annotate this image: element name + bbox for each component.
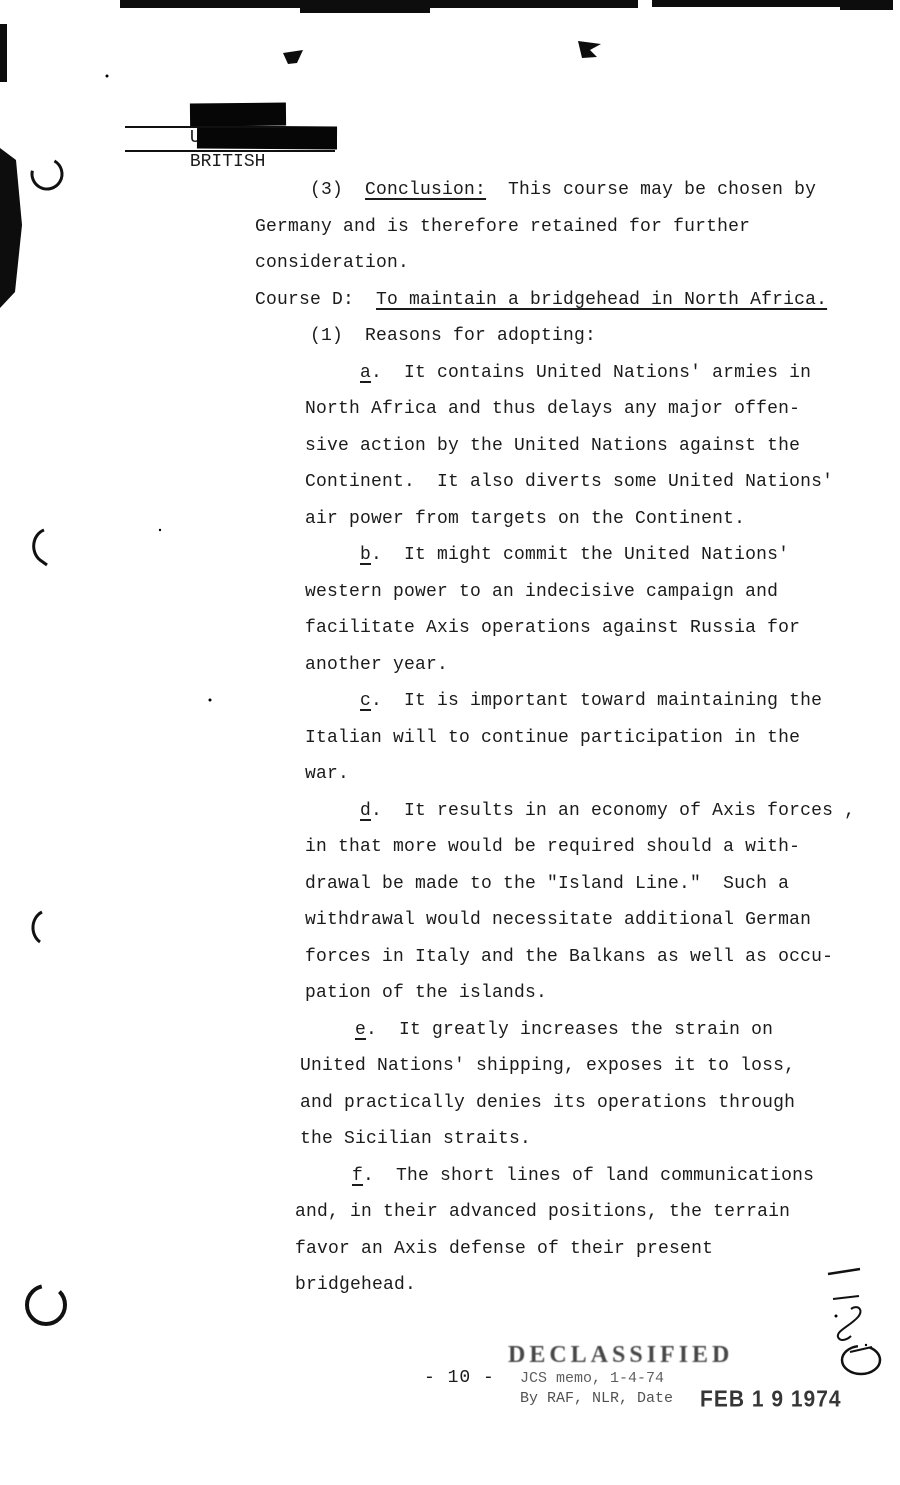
handwriting-tick bbox=[850, 1347, 872, 1352]
text-line: facilitate Axis operations against Russi… bbox=[255, 610, 875, 647]
text-line: Continent. It also diverts some United N… bbox=[255, 464, 875, 501]
underlined-text: f bbox=[352, 1166, 363, 1186]
binder-ring-mark bbox=[19, 1278, 73, 1332]
text-line: air power from targets on the Continent. bbox=[255, 501, 875, 538]
binder-ring-mark bbox=[34, 530, 47, 565]
text-line: Course D: To maintain a bridgehead in No… bbox=[255, 282, 875, 319]
scan-edge-line bbox=[652, 0, 893, 7]
stamp-title: DECLASSIFIED bbox=[508, 1342, 733, 1369]
underlined-text: c bbox=[360, 691, 371, 711]
text-line: another year. bbox=[255, 647, 875, 684]
redaction-bar bbox=[190, 102, 286, 126]
text-segment: air power from targets on the Continent. bbox=[305, 509, 745, 529]
underline-rule bbox=[125, 126, 285, 128]
text-line: (1) Reasons for adopting: bbox=[255, 318, 875, 355]
staple-mark bbox=[283, 50, 303, 64]
text-segment: (3) bbox=[310, 180, 365, 200]
text-segment: United Nations' shipping, exposes it to … bbox=[300, 1056, 795, 1076]
text-segment: (1) Reasons for adopting: bbox=[310, 326, 596, 346]
text-segment: North Africa and thus delays any major o… bbox=[305, 399, 800, 419]
text-segment: Italian will to continue participation i… bbox=[305, 728, 800, 748]
speck bbox=[159, 529, 161, 531]
text-segment: in that more would be required should a … bbox=[305, 837, 800, 857]
text-line: North Africa and thus delays any major o… bbox=[255, 391, 875, 428]
speck bbox=[209, 699, 212, 702]
staple-mark bbox=[578, 41, 601, 58]
text-line: Italian will to continue participation i… bbox=[255, 720, 875, 757]
underlined-text: b bbox=[360, 545, 371, 565]
scan-edge-blob bbox=[0, 24, 7, 82]
british-classification-label: BRITISH bbox=[190, 152, 266, 172]
text-segment: . It results in an economy of Axis force… bbox=[371, 801, 855, 821]
handwriting-squiggle bbox=[838, 1307, 861, 1340]
text-line: forces in Italy and the Balkans as well … bbox=[255, 939, 875, 976]
text-line: (3) Conclusion: This course may be chose… bbox=[255, 172, 875, 209]
underlined-text: Conclusion: bbox=[365, 180, 486, 200]
scan-edge-blob bbox=[0, 148, 22, 308]
text-line: c. It is important toward maintaining th… bbox=[255, 683, 875, 720]
text-segment: and practically denies its operations th… bbox=[300, 1093, 795, 1113]
text-segment: war. bbox=[305, 764, 349, 784]
document-page: U. S. BRITISH (3) Conclusion: This cours… bbox=[0, 0, 900, 1485]
text-line: United Nations' shipping, exposes it to … bbox=[255, 1048, 875, 1085]
underlined-text: a bbox=[360, 363, 371, 383]
text-segment: Germany and is therefore retained for fu… bbox=[255, 217, 750, 237]
text-segment: the Sicilian straits. bbox=[300, 1129, 531, 1149]
redaction-bar bbox=[275, 134, 337, 149]
document-lines: (3) Conclusion: This course may be chose… bbox=[255, 172, 875, 1304]
text-line: the Sicilian straits. bbox=[255, 1121, 875, 1158]
text-line: bridgehead. bbox=[255, 1267, 875, 1304]
classification-row-british: BRITISH bbox=[125, 126, 265, 150]
text-line: withdrawal would necessitate additional … bbox=[255, 902, 875, 939]
text-segment: . It is important toward maintaining the bbox=[371, 691, 822, 711]
text-line: consideration. bbox=[255, 245, 875, 282]
text-segment: bridgehead. bbox=[295, 1275, 416, 1295]
text-line: e. It greatly increases the strain on bbox=[255, 1012, 875, 1049]
binder-ring-mark bbox=[33, 912, 42, 942]
scan-edge-line bbox=[120, 0, 638, 8]
scan-edge-line bbox=[840, 0, 893, 10]
text-segment: . It greatly increases the strain on bbox=[366, 1020, 773, 1040]
speck bbox=[106, 75, 109, 78]
text-segment: withdrawal would necessitate additional … bbox=[305, 910, 811, 930]
text-line: in that more would be required should a … bbox=[255, 829, 875, 866]
text-line: a. It contains United Nations' armies in bbox=[255, 355, 875, 392]
text-line: drawal be made to the "Island Line." Suc… bbox=[255, 866, 875, 903]
text-segment: . It might commit the United Nations' bbox=[371, 545, 789, 565]
text-segment: This course may be chosen by bbox=[486, 180, 816, 200]
text-line: d. It results in an economy of Axis forc… bbox=[255, 793, 875, 830]
handwriting-circle bbox=[842, 1346, 880, 1374]
handwriting-dot bbox=[835, 1315, 838, 1318]
text-segment: facilitate Axis operations against Russi… bbox=[305, 618, 800, 638]
text-line: war. bbox=[255, 756, 875, 793]
text-segment: . The short lines of land communications bbox=[363, 1166, 814, 1186]
text-line: and practically denies its operations th… bbox=[255, 1085, 875, 1122]
text-segment: another year. bbox=[305, 655, 448, 675]
text-segment: favor an Axis defense of their present bbox=[295, 1239, 713, 1259]
text-segment: Continent. It also diverts some United N… bbox=[305, 472, 833, 492]
text-segment: . It contains United Nations' armies in bbox=[371, 363, 811, 383]
text-segment: western power to an indecisive campaign … bbox=[305, 582, 778, 602]
text-segment: drawal be made to the "Island Line." Suc… bbox=[305, 874, 789, 894]
classification-row-us: U. S. bbox=[125, 102, 265, 126]
underlined-text: e bbox=[355, 1020, 366, 1040]
page-number: - 10 - bbox=[424, 1368, 495, 1388]
text-line: f. The short lines of land communication… bbox=[255, 1158, 875, 1195]
date-stamp: FEB 1 9 1974 bbox=[700, 1387, 842, 1414]
text-line: western power to an indecisive campaign … bbox=[255, 574, 875, 611]
text-segment: and, in their advanced positions, the te… bbox=[295, 1202, 790, 1222]
text-segment: forces in Italy and the Balkans as well … bbox=[305, 947, 833, 967]
text-segment: pation of the islands. bbox=[305, 983, 547, 1003]
classification-header: U. S. BRITISH bbox=[125, 102, 265, 150]
text-segment: Course D: bbox=[255, 290, 376, 310]
text-line: b. It might commit the United Nations' bbox=[255, 537, 875, 574]
binder-ring-mark bbox=[27, 154, 68, 195]
scan-edge-line bbox=[300, 0, 430, 13]
text-segment: consideration. bbox=[255, 253, 409, 273]
text-line: Germany and is therefore retained for fu… bbox=[255, 209, 875, 246]
underlined-text: To maintain a bridgehead in North Africa… bbox=[376, 290, 827, 310]
text-line: and, in their advanced positions, the te… bbox=[255, 1194, 875, 1231]
text-segment: sive action by the United Nations agains… bbox=[305, 436, 800, 456]
underlined-text: d bbox=[360, 801, 371, 821]
text-line: sive action by the United Nations agains… bbox=[255, 428, 875, 465]
underline-rule bbox=[125, 150, 335, 152]
text-line: pation of the islands. bbox=[255, 975, 875, 1012]
handwriting-dot bbox=[865, 1344, 867, 1346]
text-line: favor an Axis defense of their present bbox=[255, 1231, 875, 1268]
